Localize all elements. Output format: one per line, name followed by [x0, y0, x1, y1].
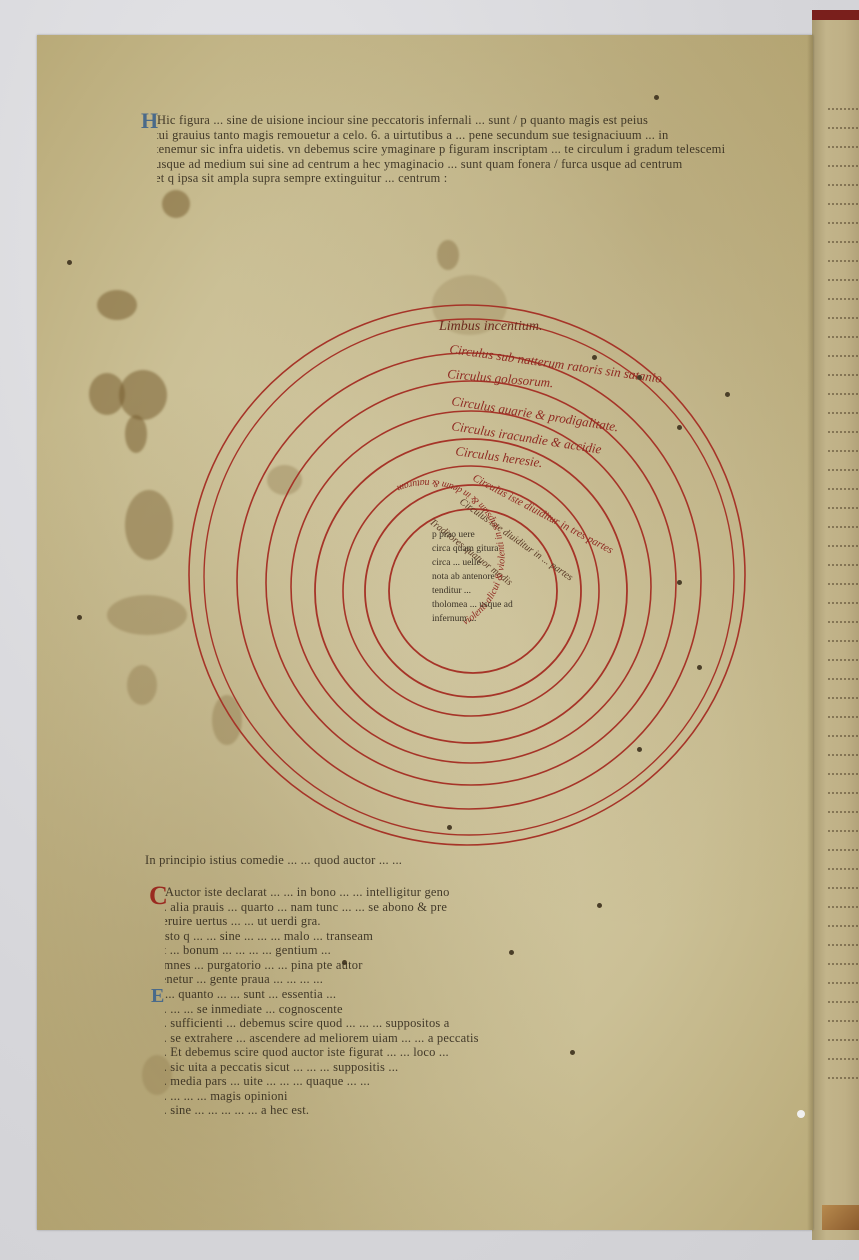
text-line: ... ... ... ... magis opinioni — [165, 1089, 815, 1104]
text-line: ... alia prauis ... quarto ... nam tunc … — [165, 900, 815, 915]
ink-dot — [677, 425, 682, 430]
text-line: ... Et debemus scire quod auctor iste fi… — [165, 1045, 815, 1060]
text-line: ... media pars ... uite ... ... ... quaq… — [165, 1074, 815, 1089]
ink-dot — [447, 825, 452, 830]
center-line: tenditur ... — [432, 584, 513, 598]
text-line: In principio istius comedie ... ... quod… — [145, 853, 765, 868]
text-line: omnes ... purgatorio ... ... pina pte au… — [165, 958, 815, 973]
book-binding-edge-bottom — [822, 1205, 859, 1230]
paragraph2-initial: E — [151, 985, 164, 1007]
ink-dot — [77, 615, 82, 620]
text-line: ... sine ... ... ... ... ... a hec est. — [165, 1103, 815, 1118]
center-line: p prao uere — [432, 528, 513, 542]
center-line: infernum ... — [432, 612, 513, 626]
text-line: ... sic uita a peccatis sicut ... ... ..… — [165, 1060, 815, 1075]
ink-dot — [637, 375, 642, 380]
manuscript-page: H Hic figura ... sine de uisione inciour… — [37, 35, 813, 1230]
ring-label-limbus: Limbus incentium. — [438, 319, 542, 334]
bottom-heading: In principio istius comedie ... ... quod… — [145, 853, 765, 868]
paragraph2: ... quanto ... ... sunt ... essentia ...… — [165, 987, 815, 1118]
text-line: Esto q ... ... sine ... ... ... malo ...… — [165, 929, 815, 944]
text-line: ... ... ... se inmediate ... cognoscente — [165, 1002, 815, 1017]
text-line: et ... bonum ... ... ... ... gentium ... — [165, 943, 815, 958]
diagram-center-text: p prao uere circa quam gitura circa ... … — [432, 528, 513, 626]
center-line: circa quam gitura — [432, 542, 513, 556]
ink-dot — [654, 95, 659, 100]
ink-dot — [637, 747, 642, 752]
text-line: ... quanto ... ... sunt ... essentia ... — [165, 987, 815, 1002]
facing-page-text — [828, 95, 858, 1095]
text-line: ... se extrahere ... ascendere ad melior… — [165, 1031, 815, 1046]
ring-label-3: Circulus golosorum. — [447, 366, 554, 390]
text-line: ... sufficienti ... debemus scire quod .… — [165, 1016, 815, 1031]
center-line: tholomea ... usque ad — [432, 598, 513, 612]
text-line: seruire uertus ... ... ut uerdi gra. — [165, 914, 815, 929]
ink-dot — [67, 260, 72, 265]
text-line: Auctor iste declarat ... ... in bono ...… — [165, 885, 815, 900]
center-line: nota ab antenore — [432, 570, 513, 584]
ink-dot — [592, 355, 597, 360]
paragraph1: Auctor iste declarat ... ... in bono ...… — [165, 885, 815, 987]
ink-dot — [677, 580, 682, 585]
center-line: circa ... uelle — [432, 556, 513, 570]
text-line: tenetur ... gente praua ... ... ... ... — [165, 972, 815, 987]
book-binding-edge — [812, 10, 859, 20]
ink-dot — [697, 665, 702, 670]
ink-dot — [725, 392, 730, 397]
